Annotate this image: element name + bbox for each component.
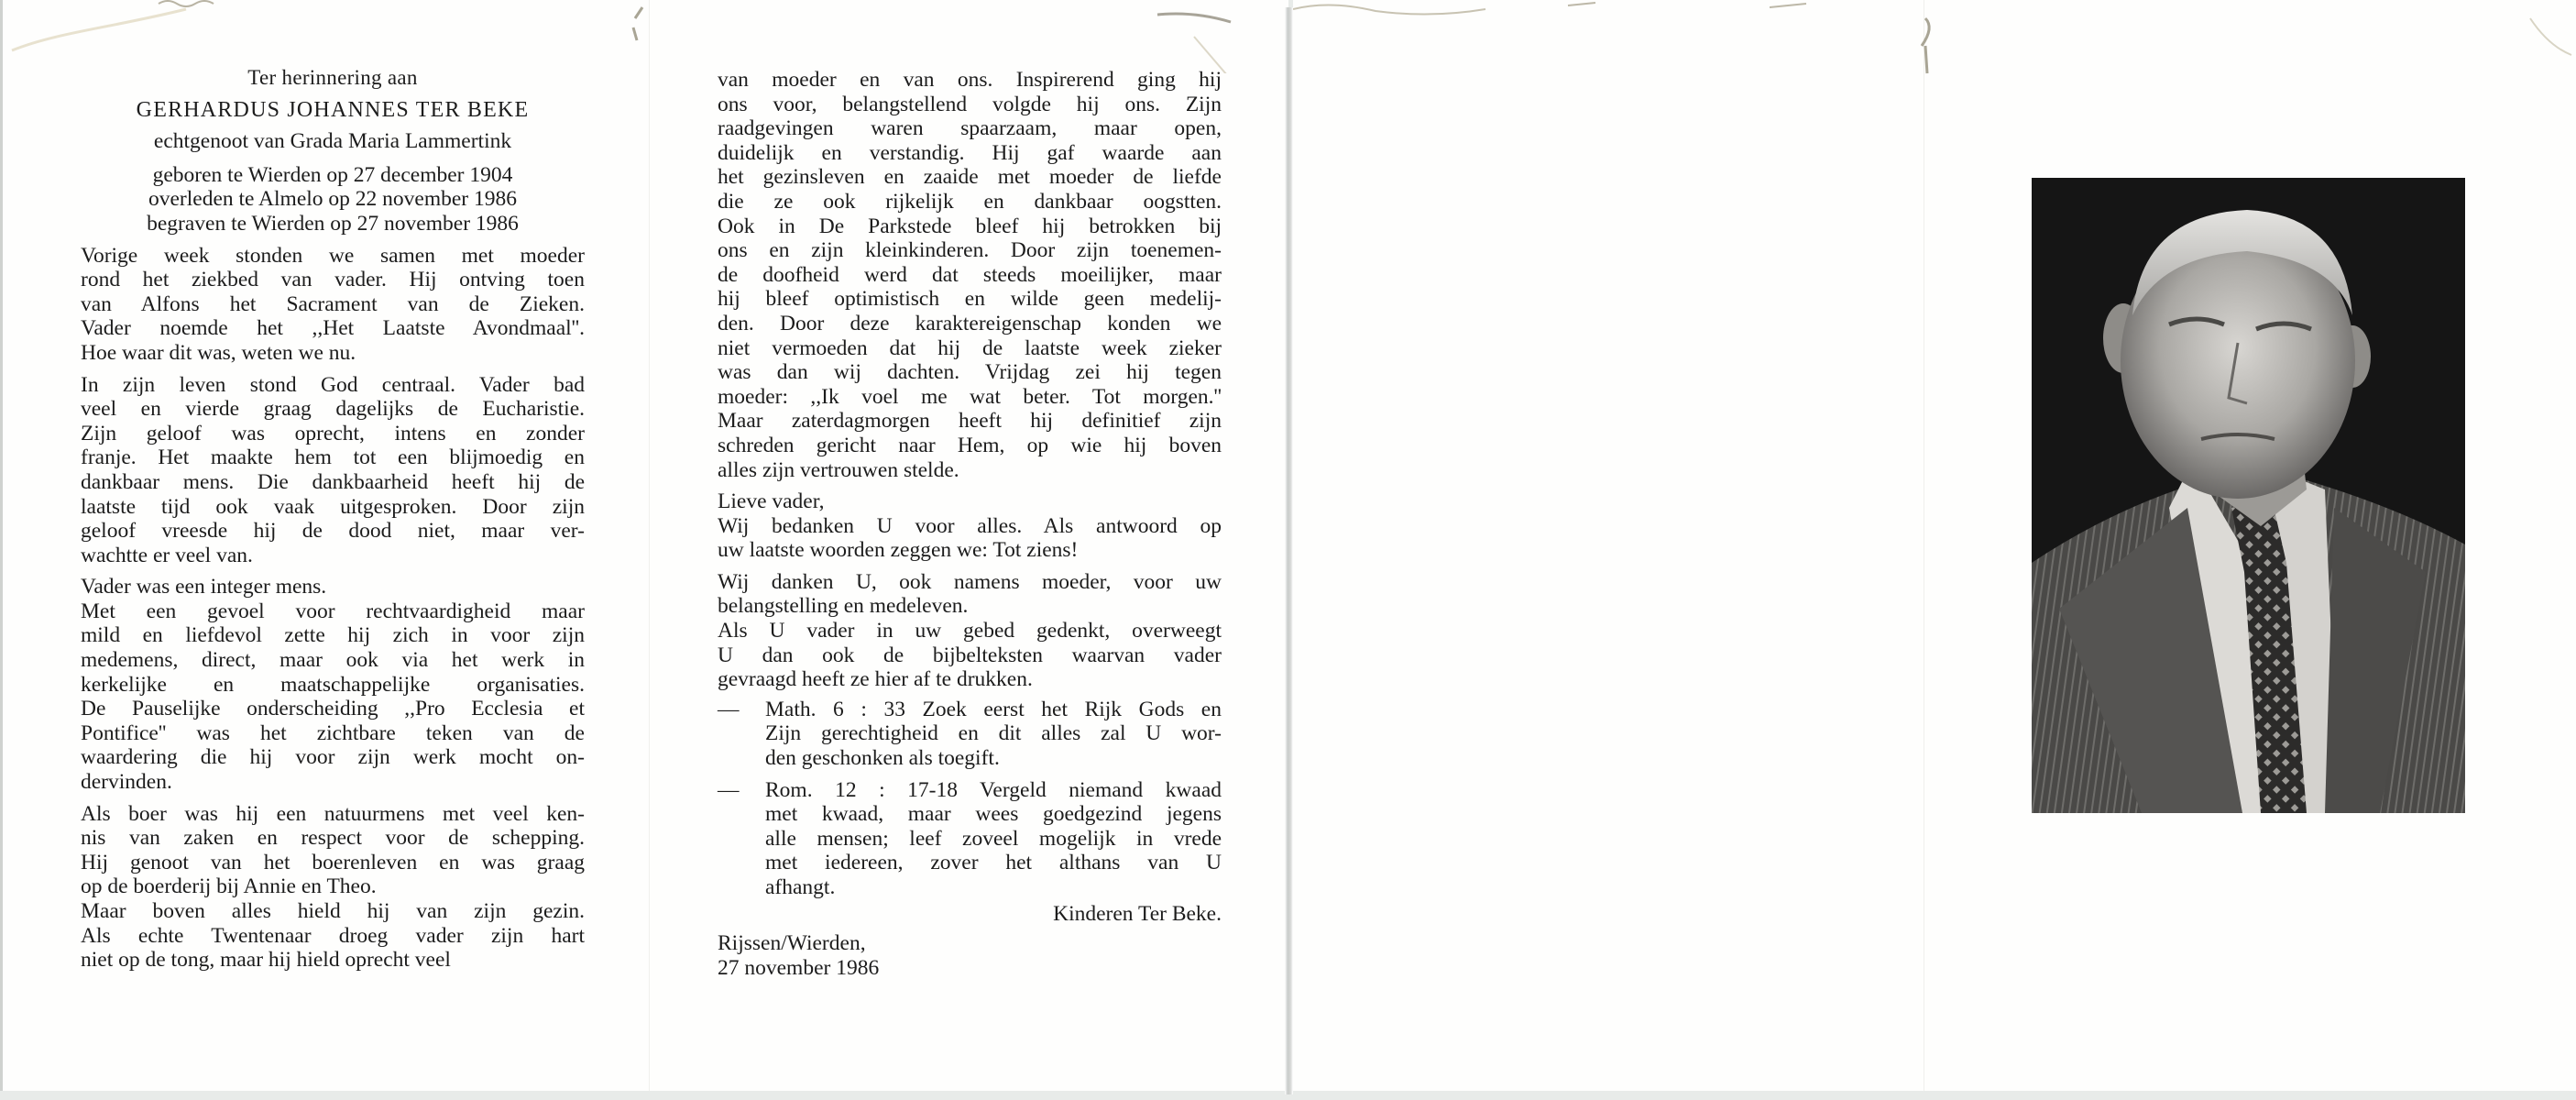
text-line: Als boer was hij een natuurmens met veel… [81, 802, 585, 827]
paragraph: Vorige week stonden we samen met moederr… [81, 244, 585, 366]
text-line: ons voor, belangstellend volgde hij ons.… [718, 93, 1222, 117]
text-line: franje. Het maakte hem tot een blijmoedi… [81, 445, 585, 470]
dash-bullet: — [718, 698, 745, 722]
text-line: De Pauselijke onderscheiding ,,Pro Eccle… [81, 697, 585, 721]
text-line: laatste tijd ook vaak uitgesproken. Door… [81, 495, 585, 520]
spouse-line: echtgenoot van Grada Maria Lammertink [81, 129, 585, 154]
text-column-1: Ter herinnering aan GERHARDUS JOHANNES T… [81, 66, 585, 973]
fold-line [649, 0, 650, 1091]
bible-text-item: —Math. 6 : 33 Zoek eerst het Rijk Gods e… [718, 698, 1222, 771]
text-line: niet vermoeden dat hij de laatste week z… [718, 336, 1222, 361]
text-line: rond het ziekbed van vader. Hij ontving … [81, 268, 585, 292]
text-line: Wij bedanken U voor alles. Als antwoord … [718, 514, 1222, 539]
sheet-separator [1285, 7, 1293, 1094]
date-line: 27 november 1986 [718, 956, 1222, 981]
birth-line: geboren te Wierden op 27 december 1904 [81, 163, 585, 188]
text-line: gevraagd heeft ze hier af te drukken. [718, 667, 1222, 692]
text-line: dankbaar mens. Die dankbaarheid heeft hi… [81, 470, 585, 495]
dash-bullet: — [718, 778, 745, 803]
text-line: moeder: ,,Ik voel me wat beter. Tot morg… [718, 385, 1222, 410]
text-line: mild en liefdevol zette hij zich in voor… [81, 623, 585, 648]
death-line: overleden te Almelo op 22 november 1986 [81, 187, 585, 212]
card-cover-sheet [1293, 0, 2576, 1091]
text-line: Pontifice'' was het zichtbare teken van … [81, 721, 585, 746]
text-line: de doofheid werd dat steeds moeilijker, … [718, 263, 1222, 288]
text-line: Als echte Twentenaar droeg vader zijn ha… [81, 924, 585, 949]
text-line: was dan wij dachten. Vrijdag zei hij teg… [718, 360, 1222, 385]
text-line: wachtte er veel van. [81, 544, 585, 568]
text-line: duidelijk en verstandig. Hij gaf waarde … [718, 141, 1222, 166]
text-line: U dan ook de bijbelteksten waarvan vader [718, 643, 1222, 668]
bible-texts: —Math. 6 : 33 Zoek eerst het Rijk Gods e… [718, 698, 1222, 900]
text-line: Vorige week stonden we samen met moeder [81, 244, 585, 269]
text-line: Maar zaterdagmorgen heeft hij definitief… [718, 409, 1222, 434]
text-line: van moeder en van ons. Inspirerend ging … [718, 68, 1222, 93]
text-line: schreden gericht naar Hem, op wie hij bo… [718, 434, 1222, 458]
text-line: uw laatste woorden zeggen we: Tot ziens! [718, 538, 1222, 563]
text-line: kerkelijke en maatschappelijke organisat… [81, 673, 585, 698]
text-line: In zijn leven stond God centraal. Vader … [81, 373, 585, 398]
text-line: Wij danken U, ook namens moeder, voor uw [718, 570, 1222, 595]
portrait-image [2032, 178, 2465, 813]
text-line: met iedereen, zover het althans van U [765, 851, 1222, 875]
text-line: die ze ook rijkelijk en dankbaar oogstte… [718, 190, 1222, 214]
text-line: Ook in De Parkstede bleef hij betrokken … [718, 214, 1222, 239]
text-line: hij bleef optimistisch en wilde geen med… [718, 287, 1222, 312]
text-line: niet op de tong, maar hij hield oprecht … [81, 948, 585, 973]
paragraph: In zijn leven stond God centraal. Vader … [81, 373, 585, 568]
text-line: Zijn geloof was oprecht, intens en zonde… [81, 422, 585, 446]
signature: Kinderen Ter Beke. [718, 902, 1222, 927]
text-line: het gezinsleven en zaaide met moeder de … [718, 165, 1222, 190]
text-column-2: van moeder en van ons. Inspirerend ging … [718, 68, 1222, 980]
paragraph: Als boer was hij een natuurmens met veel… [81, 802, 585, 973]
text-line: Met een gevoel voor rechtvaardigheid maa… [81, 599, 585, 624]
text-line: Vader was een integer mens. [81, 575, 585, 599]
place-line: Rijssen/Wierden, [718, 931, 1222, 956]
text-line: alle mensen; leef zoveel mogelijk in vre… [765, 827, 1222, 852]
burial-line: begraven te Wierden op 27 november 1986 [81, 212, 585, 236]
text-line: belangstelling en medeleven. [718, 594, 1222, 619]
text-line: Zijn gerechtigheid en dit alles zal U wo… [765, 721, 1222, 746]
paragraph: Wij danken U, ook namens moeder, voor uw… [718, 570, 1222, 692]
text-line: nis van zaken en respect voor de scheppi… [81, 826, 585, 851]
text-line: Maar boven alles hield hij van zijn gezi… [81, 899, 585, 924]
text-line: ons en zijn kleinkinderen. Door zijn toe… [718, 238, 1222, 263]
text-line: dervinden. [81, 770, 585, 795]
paragraph: van moeder en van ons. Inspirerend ging … [718, 68, 1222, 482]
text-line: op de boerderij bij Annie en Theo. [81, 874, 585, 899]
text-line: van Alfons het Sacrament van de Zieken. [81, 292, 585, 317]
text-line: Hij genoot van het boerenleven en was gr… [81, 851, 585, 875]
text-line: met kwaad, maar wees goedgezind jegens [765, 802, 1222, 827]
text-line: Lieve vader, [718, 489, 1222, 514]
paragraph: Lieve vader,Wij bedanken U voor alles. A… [718, 489, 1222, 563]
text-line: raadgevingen waren spaarzaam, maar open, [718, 116, 1222, 141]
text-line: Rom. 12 : 17-18 Vergeld niemand kwaad [765, 778, 1222, 803]
paper-wear-top [1293, 0, 2576, 110]
deceased-name: GERHARDUS JOHANNES TER BEKE [81, 98, 585, 123]
text-line: veel en vierde graag dagelijks de Euchar… [81, 397, 585, 422]
text-line: den geschonken als toegift. [765, 746, 1222, 771]
portrait-photo [2032, 178, 2465, 813]
text-line: Hoe waar dit was, weten we nu. [81, 341, 585, 366]
fold-line [1924, 0, 1924, 1091]
text-line: alles zijn vertrouwen stelde. [718, 458, 1222, 483]
bible-text-item: —Rom. 12 : 17-18 Vergeld niemand kwaadme… [718, 778, 1222, 900]
text-line: Math. 6 : 33 Zoek eerst het Rijk Gods en [765, 698, 1222, 722]
text-line: Vader noemde het ,,Het Laatste Avondmaal… [81, 316, 585, 341]
text-line: geloof vreesde hij de dood niet, maar ve… [81, 519, 585, 544]
intro-line: Ter herinnering aan [81, 66, 585, 91]
column-1-body: Vorige week stonden we samen met moederr… [81, 244, 585, 973]
text-line: afhangt. [765, 875, 1222, 900]
text-line: den. Door deze karaktereigenschap konden… [718, 312, 1222, 336]
paragraph: Vader was een integer mens.Met een gevoe… [81, 575, 585, 794]
paper-wear-top [3, 0, 1291, 73]
text-line: Als U vader in uw gebed gedenkt, overwee… [718, 619, 1222, 643]
column-2-body: van moeder en van ons. Inspirerend ging … [718, 68, 1222, 692]
card-inner-sheet: Ter herinnering aan GERHARDUS JOHANNES T… [0, 0, 1288, 1091]
text-line: waardering die hij voor zijn werk mocht … [81, 745, 585, 770]
text-line: medemens, direct, maar ook via het werk … [81, 648, 585, 673]
